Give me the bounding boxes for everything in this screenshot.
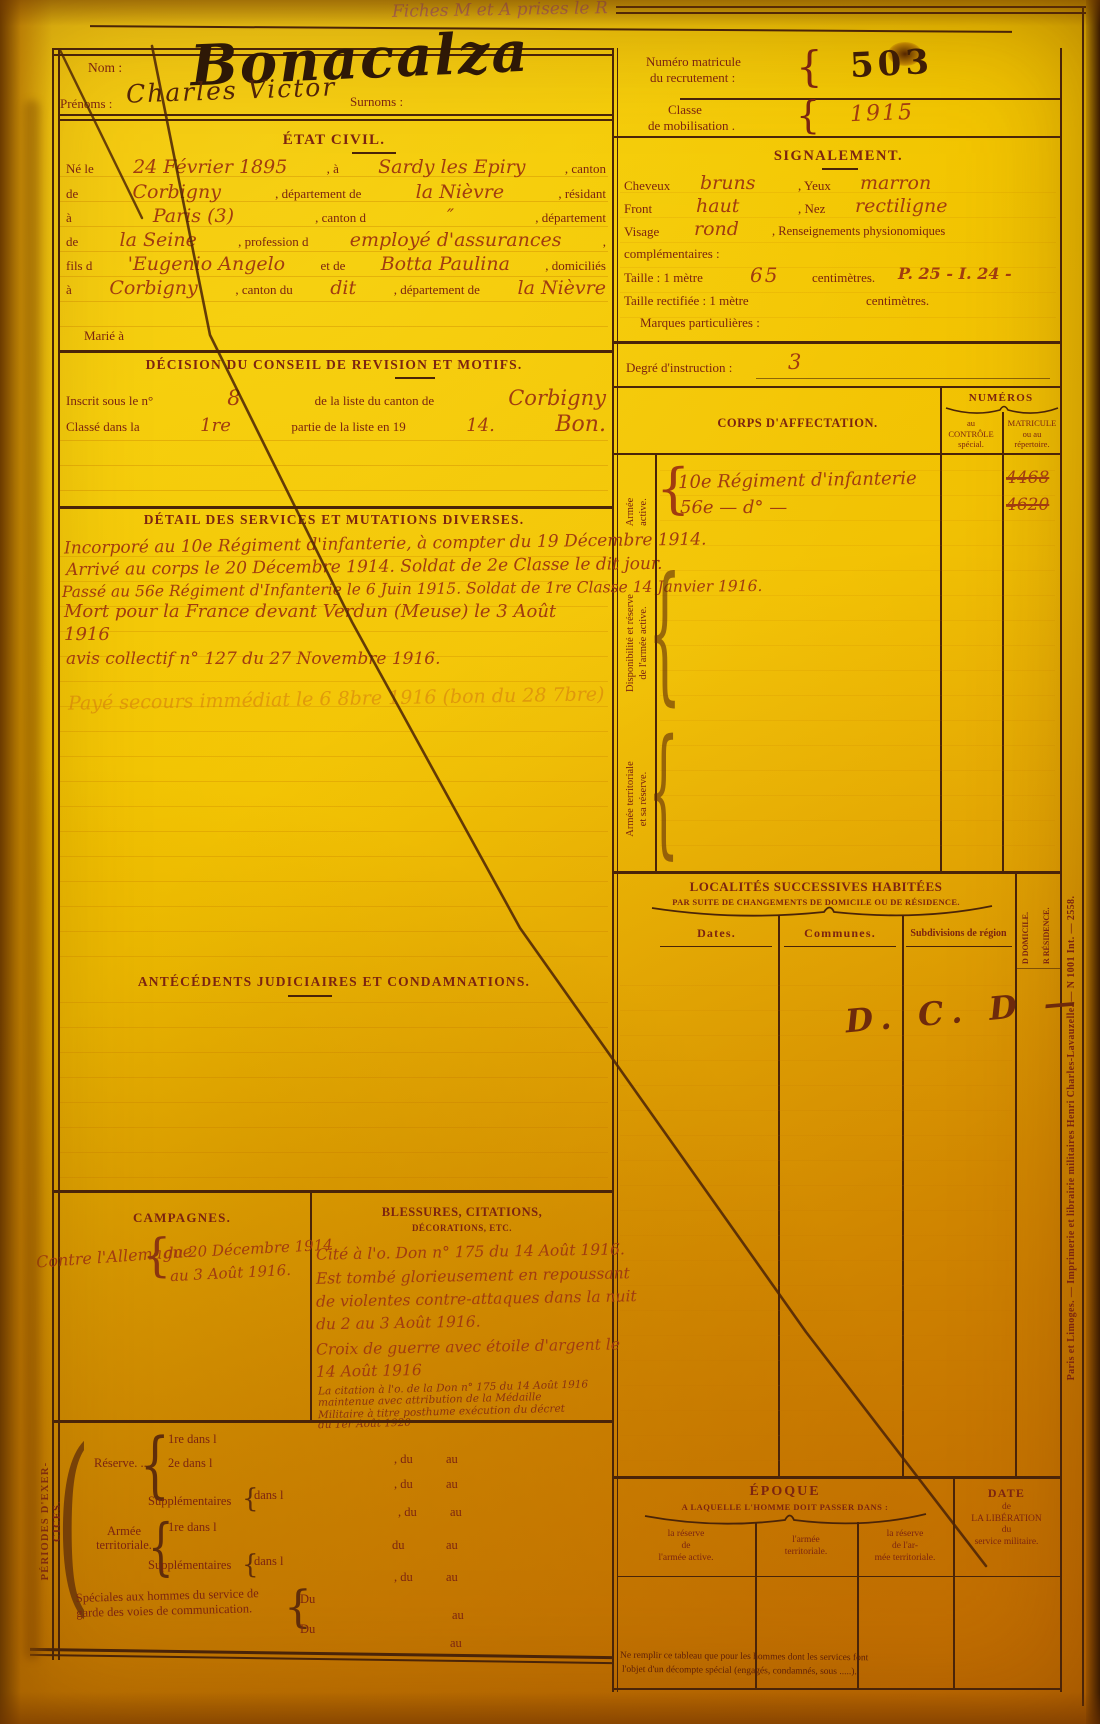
taille-value: 65 [750, 263, 779, 287]
departement-value: la Nièvre [416, 181, 504, 203]
degre-bottom-rule [612, 386, 1062, 388]
nez-label: , Nez [798, 201, 825, 217]
au-label-3: au [450, 1505, 462, 1520]
classe-partie-value: 1re [200, 415, 231, 436]
corps-col-divider-2 [1002, 412, 1004, 873]
a2-label: à [66, 210, 72, 226]
residant-label: , résidant [558, 186, 606, 202]
matricule-label-line2: du recrutement : [650, 70, 735, 86]
localites-dcd-entry: D. C. D — [844, 982, 1085, 1041]
bottom-edge-shadow [0, 1692, 1100, 1724]
supplementaires-label-1: Supplémentaires [148, 1494, 231, 1509]
column-divider-inner [617, 48, 618, 1692]
etat-civil-title: ÉTAT CIVIL. [60, 132, 608, 149]
corps-row-2-value: 56e — d° — [680, 497, 787, 518]
taille-label: Taille : 1 mètre [624, 270, 703, 286]
degre-label: Degré d'instruction : [626, 360, 732, 376]
corps-header-bottom-rule [612, 453, 1062, 455]
residence-value: Paris (3) [153, 205, 234, 227]
communes-header-underline [784, 946, 896, 947]
au-label-7: au [450, 1636, 462, 1651]
dates-column-header: Dates. [655, 926, 778, 941]
dates-header-underline [660, 946, 772, 947]
partie-liste-label: partie de la liste en 19 [291, 419, 405, 435]
corps-row-2-matricule: 4620 [1006, 495, 1049, 515]
registration-form-page: Fiches M et A prises le R Nom : Bonacalz… [0, 0, 1100, 1724]
birth-place-value: Sardy les Epiry [378, 156, 525, 178]
matricule-box-bottom [612, 136, 1062, 138]
epoque-top-rule [612, 1476, 1062, 1479]
campagne-date-from: du 20 Décembre 1914 [164, 1236, 334, 1263]
taille-rectifiee-label: Taille rectifiée : 1 mètre [624, 293, 749, 309]
corps-affectation-header: CORPS D'AFFECTATION. [655, 416, 940, 431]
canton-label: , canton [565, 161, 606, 177]
etat-civil-row-6: à Corbigny , canton du dit , département… [66, 277, 606, 299]
de-label: de [66, 186, 78, 202]
localites-brace-squiggle [652, 906, 992, 916]
dans-label-2: dans l [254, 1554, 284, 1569]
du-label-1: , du [394, 1452, 413, 1467]
classe-mobilisation-value: 1915 [850, 100, 915, 127]
armee-territoriale-label: Armée territoriale. [92, 1524, 156, 1552]
prenoms-label: Prénoms : [60, 96, 112, 112]
inscrit-label: Inscrit sous le n° [66, 393, 153, 409]
departement2-label: , département [535, 210, 606, 226]
blessure-line-5: Croix de guerre avec étoile d'argent le [316, 1335, 620, 1358]
frame-left-outer [52, 48, 54, 1660]
profession-value: employé d'assurances [350, 229, 562, 251]
service-line-4: Mort pour la France devant Verdun (Meuse… [64, 601, 556, 622]
a3-label: à [66, 282, 72, 298]
visage-value: rond [694, 218, 739, 240]
antecedents-title-mark [288, 995, 332, 997]
etat-civil-row-5: fils d 'Eugenio Angelo et de Botta Pauli… [66, 253, 606, 275]
dispo-brace: { [648, 558, 681, 708]
corps-ruled-lines [660, 470, 1055, 865]
blessure-line-6: 14 Août 1916 [316, 1361, 422, 1381]
yeux-value: marron [860, 172, 931, 194]
prenoms-value-handwriting: Charles Victor [126, 72, 337, 108]
liste-canton-label: de la liste du canton de [315, 393, 435, 409]
localites-subtitle: PAR SUITE DE CHANGEMENTS DE DOMICILE OU … [617, 897, 1015, 907]
departement-residence-value: la Seine [120, 229, 197, 251]
inscrit-canton-value: Corbigny [508, 386, 606, 410]
classe-year-value: 14. [466, 415, 495, 436]
renseignements-label: , Renseignements physionomiques [772, 224, 945, 239]
printer-imprint: Paris et Limoges. — Imprimerie et librai… [1066, 814, 1077, 1462]
numeros-header: NUMÉROS [940, 392, 1062, 404]
degre-underline [756, 378, 1050, 379]
terr-side-brace: { [648, 722, 679, 862]
decision-title-mark [395, 377, 435, 379]
ne-le-label: Né le [66, 161, 94, 177]
epoque-col-1-header: la réserve de l'armée active. [619, 1528, 753, 1564]
a-label: , à [327, 161, 339, 177]
corps-row-1-matricule: 4468 [1006, 468, 1049, 488]
services-title: DÉTAIL DES SERVICES ET MUTATIONS DIVERSE… [60, 512, 608, 528]
domicile-column-header: D DOMICILE. [1021, 874, 1030, 964]
antecedents-ruled-lines [60, 1002, 608, 1182]
blessure-line-3: de violentes contre-attaques dans la nui… [316, 1287, 637, 1311]
signalement-bottom-rule [612, 341, 1062, 344]
subdivisions-column-header: Subdivisions de région [902, 928, 1015, 939]
matricule-classe-divider [680, 98, 1060, 100]
blessure-line-1: Cité à l'o. Don n° 175 du 14 Août 1916. [316, 1240, 625, 1263]
matricule-label-line1: Numéro matricule [646, 54, 741, 70]
services-top-rule [58, 506, 612, 509]
blessure-line-4: du 2 au 3 Août 1916. [316, 1313, 481, 1334]
du-label-4: du [392, 1538, 405, 1553]
epoque-subtitle: A LAQUELLE L'HOMME DOIT PASSER DANS : [617, 1502, 953, 1512]
antecedents-title: ANTÉCÉDENTS JUDICIAIRES ET CONDAMNATIONS… [60, 974, 608, 990]
decision-row-1: Inscrit sous le n° 8 de la liste du cant… [66, 386, 606, 410]
reserve-row-1-label: 1re dans l [168, 1432, 217, 1447]
campagnes-title: CAMPAGNES. [54, 1210, 310, 1226]
supplementaires-label-2: Supplémentaires [148, 1558, 231, 1573]
speciales-label: Spéciales aux hommes du service de garde… [76, 1585, 302, 1621]
front-label: Front [624, 201, 652, 217]
etat-civil-row-3: à Paris (3) , canton d ″ , département [66, 205, 606, 227]
dans-label-1: dans l [254, 1488, 284, 1503]
column-divider [612, 48, 614, 1692]
campagne-date-to: au 3 Août 1916. [170, 1261, 292, 1285]
decision-ruled-lines [60, 440, 608, 504]
residence-column-header: R RÉSIDENCE. [1042, 874, 1051, 964]
localites-dr-divider [1015, 871, 1017, 1478]
etat-civil-row-1: Né le 24 Février 1895 , à Sardy les Epir… [66, 156, 606, 178]
domicilies-label: , domiciliés [545, 258, 606, 274]
campagnes-top-rule [54, 1190, 612, 1193]
top-right-rule-outer [616, 6, 1086, 8]
nom-label: Nom : [88, 60, 122, 76]
canton2-label: , canton d [315, 210, 366, 226]
epoque-header-underline [617, 1576, 1060, 1577]
binding-fold-shadow [24, 100, 40, 1660]
marques-label: Marques particulières : [640, 315, 760, 331]
departement3-value: la Nièvre [518, 277, 606, 299]
taille-rectifiee-unit: centimètres. [866, 293, 929, 309]
classe-mobilisation-label1: Classe [668, 102, 702, 118]
au-label-2: au [446, 1477, 458, 1492]
right-sheet-edge-line [1082, 6, 1084, 1706]
signalement-title: SIGNALEMENT. [617, 148, 1060, 165]
service-line-2: Arrivé au corps le 20 Décembre 1914. Sol… [66, 554, 663, 580]
epoque-bottom-rule [612, 1688, 1062, 1690]
periodes-top-rule [54, 1420, 612, 1423]
yeux-label: , Yeux [798, 178, 831, 194]
localites-divider-1 [778, 916, 780, 1478]
visage-label: Visage [624, 224, 659, 240]
canton3-label: , canton du [235, 282, 292, 298]
blessure-line-2: Est tombé glorieusement en repoussant [316, 1264, 630, 1287]
du-label-3: , du [398, 1505, 417, 1520]
header-rule-inner [58, 119, 612, 121]
frame-right [1060, 48, 1062, 1692]
classe-brace: { [796, 96, 820, 134]
classe-label: Classé dans la [66, 419, 140, 435]
birth-date-value: 24 Février 1895 [133, 156, 287, 178]
mother-name-value: Botta Paulina [381, 253, 510, 275]
marie-label: Marié à [84, 328, 124, 344]
matricule-number-value: 503 [849, 42, 934, 86]
domicile-value: Corbigny [109, 277, 197, 299]
father-name-value: 'Eugenio Angelo [128, 253, 285, 275]
matricule-repertoire-header: MATRICULE ou au répertoire. [1004, 418, 1060, 450]
du-label-2: , du [394, 1477, 413, 1492]
au-label-6: au [452, 1608, 464, 1623]
dr-header-underline [1015, 968, 1060, 969]
du-cap-label-1: Du [300, 1592, 315, 1607]
du-label-5: , du [394, 1570, 413, 1585]
date-liberation-sub: de LA LIBÉRATION du service militaire. [955, 1502, 1058, 1548]
cheveux-label: Cheveux [624, 178, 670, 194]
header-rule-outer [58, 114, 612, 116]
cheveux-value: bruns [700, 172, 755, 194]
et-de-label: et de [320, 258, 345, 274]
armee-active-side-label: Armée active. [624, 462, 650, 562]
au-label-1: au [446, 1452, 458, 1467]
top-right-rule-inner [616, 12, 1086, 14]
taille-unit-label: centimètres. [812, 270, 875, 286]
service-faded-line: Payé secours immédiat le 6 8bre 1916 (bo… [68, 683, 605, 714]
territoriale-side-label: Armée territoriale et sa réserve. [624, 724, 650, 874]
date-liberation-title: DATE [955, 1486, 1058, 1501]
profession-label: , profession d [238, 234, 308, 250]
blessures-title: BLESSURES, CITATIONS, [312, 1205, 612, 1220]
departement-label: , département de [275, 186, 361, 202]
controle-special-header: au CONTRÔLE spécial. [942, 418, 1000, 450]
decision-top-rule [58, 350, 612, 353]
decision-bon-value: Bon. [555, 412, 606, 437]
decision-title: DÉCISION DU CONSEIL DE REVISION ET MOTIF… [60, 357, 608, 373]
right-edge-shadow [1086, 0, 1100, 1724]
inscrit-number-value: 8 [227, 386, 240, 410]
canton-value: Corbigny [133, 181, 221, 203]
blessure-small-line-4: du 1er Août 1920 [318, 1417, 411, 1431]
epoque-col-3-header: la réserve de l'ar- mée territoriale. [859, 1528, 951, 1564]
comma: , [603, 234, 606, 250]
corps-col-divider-1 [940, 388, 942, 873]
departement3-label: , département de [394, 282, 480, 298]
epoque-note-line-1: Ne remplir ce tableau que pour les homme… [620, 1651, 868, 1664]
blessures-subtitle: DÉCORATIONS, ETC. [312, 1223, 612, 1233]
reserve-row-2-label: 2e dans l [168, 1456, 212, 1471]
corps-row-1-value: 10e Régiment d'infanterie [678, 468, 917, 493]
signalement-title-mark [822, 168, 858, 170]
epoque-col-2-header: l'armée territoriale. [757, 1534, 855, 1558]
service-line-6: avis collectif n° 127 du 27 Novembre 191… [66, 649, 441, 669]
du-cap-label-2: Du [300, 1622, 315, 1637]
classe-mobilisation-label2: de mobilisation . [648, 118, 735, 134]
etat-civil-row-4: de la Seine , profession d employé d'ass… [66, 229, 606, 251]
reserve-brace: { [140, 1428, 170, 1500]
epoque-note-line-2: l'objet d'un décompte spécial (engagés, … [622, 1665, 857, 1677]
decision-row-2: Classé dans la 1re partie de la liste en… [66, 412, 606, 437]
epoque-title: ÉPOQUE [617, 1484, 953, 1500]
degre-value: 3 [788, 350, 801, 374]
localites-title: LOCALITÉS SUCCESSIVES HABITÉES [617, 879, 1015, 895]
etat-civil-title-mark [352, 152, 396, 154]
terr-row-1-label: 1re dans l [168, 1520, 217, 1535]
corps-bottom-rule [612, 871, 1062, 874]
etat-civil-row-2: de Corbigny , département de la Nièvre ,… [66, 181, 606, 203]
matricule-brace: { [796, 46, 823, 88]
fils-de-label: fils d [66, 258, 92, 274]
front-value: haut [696, 195, 739, 217]
localites-ruled-lines [620, 985, 1012, 1470]
ditto-mark: ″ [447, 205, 454, 227]
canton3-value: dit [330, 277, 356, 299]
de2-label: de [66, 234, 78, 250]
au-label-4: au [446, 1538, 458, 1553]
epoque-brace-squiggle [645, 1514, 926, 1524]
surnoms-label: Surnoms : [350, 94, 403, 110]
taille-note-value: P. 25 - I. 24 - [898, 264, 1012, 283]
nez-value: rectiligne [855, 195, 947, 217]
complementaires-label: complémentaires : [624, 246, 720, 262]
communes-column-header: Communes. [778, 926, 902, 941]
subdivisions-header-underline [906, 946, 1012, 947]
au-label-5: au [446, 1570, 458, 1585]
disponibilite-side-label: Disponibilité et réserve de l'armée acti… [624, 558, 650, 728]
service-line-5: 1916 [64, 624, 110, 645]
